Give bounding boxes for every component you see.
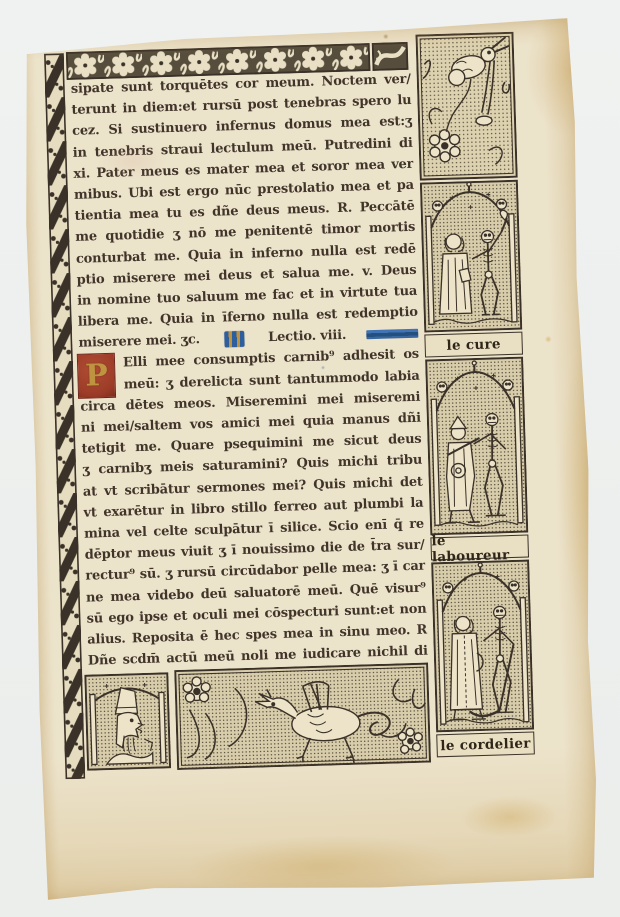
dragon-icon bbox=[174, 663, 431, 770]
text-block: sipate sunt torquētes cor meum. Noctem v… bbox=[71, 69, 428, 672]
dance-of-death-laboureur-panel bbox=[425, 357, 528, 536]
death-and-labourer-icon bbox=[425, 357, 528, 536]
death-and-friar-icon bbox=[431, 560, 534, 733]
prophet-head-icon bbox=[84, 672, 171, 770]
illuminated-initial: P bbox=[77, 353, 116, 399]
caption-le-laboureur: le laboureur bbox=[430, 535, 529, 561]
top-border-end-woodcut bbox=[372, 42, 409, 71]
rubric-label: Lectio. viii. bbox=[268, 325, 347, 349]
paraph-mark bbox=[224, 331, 244, 348]
death-and-priest-icon bbox=[420, 180, 522, 333]
initial-letter: P bbox=[85, 360, 108, 391]
prophet-head-panel bbox=[84, 672, 171, 770]
caption-label: le cure bbox=[446, 336, 501, 354]
photo-background: sipate sunt torquētes cor meum. Noctem v… bbox=[0, 0, 620, 917]
caption-label: le cordelier bbox=[440, 735, 531, 754]
grotesque-woodcut-panel bbox=[415, 32, 517, 181]
dance-of-death-cordelier-panel bbox=[431, 560, 534, 733]
grotesque-creature-icon bbox=[415, 32, 517, 181]
caption-le-cure: le cure bbox=[424, 332, 523, 358]
caption-le-cordelier: le cordelier bbox=[436, 731, 535, 757]
vellum-leaf: sipate sunt torquētes cor meum. Noctem v… bbox=[17, 18, 600, 900]
dance-of-death-cure-panel bbox=[420, 180, 522, 333]
line-filler bbox=[366, 329, 418, 340]
acanthus-leaf-icon bbox=[372, 42, 409, 71]
dragon-woodcut-panel bbox=[174, 663, 431, 770]
